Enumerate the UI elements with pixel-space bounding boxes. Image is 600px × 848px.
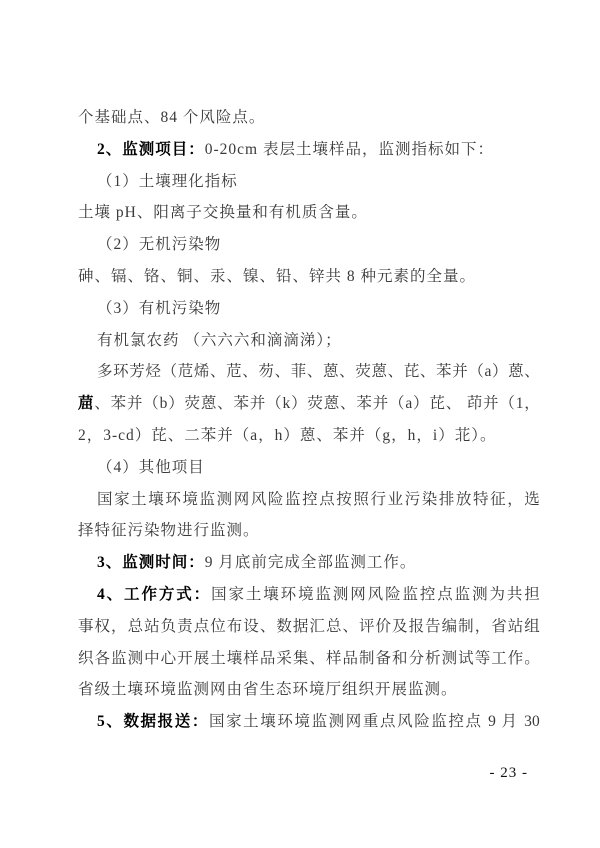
text-line: 砷、镉、铬、铜、汞、镍、铅、锌共 8 种元素的全量。 [78,261,540,293]
text-segment: （3）有机污染物 [97,300,221,317]
text-segment: 3、监测时间： [97,554,205,571]
text-line: 省级土壤环境监测网由省生态环境厅组织开展监测。 [78,674,540,706]
text-line: 3、监测时间：9 月底前完成全部监测工作。 [78,547,540,579]
text-line: 有机氯农药 （六六六和滴滴涕）； [78,325,540,357]
text-segment: （1）土壤理化指标 [97,173,238,190]
text-line: （4）其他项目 [78,452,540,484]
text-segment: 国家土壤环境监测网风险监控点按照行业污染排放特征，选 [97,491,540,508]
text-line: 事权，总站负责点位布设、数据汇总、评价及报告编制，省站组 [78,611,540,643]
text-line: （2）无机污染物 [78,229,540,261]
page-number: - 23 - [490,765,529,782]
text-line: 䓛、苯并（b）荧蒽、苯并（k）荧蒽、苯并（a）芘、 茚并（1， [78,388,540,420]
text-line: 土壤 pH、阳离子交换量和有机质含量。 [78,197,540,229]
text-line: 4、工作方式：国家土壤环境监测网风险监控点监测为共担 [78,579,540,611]
text-line: 多环芳烃（苊烯、苊、芴、菲、蒽、荧蒽、芘、苯并（a）蒽、 [78,356,540,388]
text-line: （3）有机污染物 [78,293,540,325]
text-line: 织各监测中心开展土壤样品采集、样品制备和分析测试等工作。 [78,643,540,675]
text-segment: 多环芳烃（苊烯、苊、芴、菲、蒽、荧蒽、芘、苯并（a）蒽、 [97,363,540,380]
text-segment: （4）其他项目 [97,459,205,476]
text-segment: （2）无机污染物 [97,236,221,253]
text-segment: 5、数据报送： [97,713,209,730]
text-segment: 9 月底前完成全部监测工作。 [205,554,417,571]
text-line: 2、监测项目：0-20cm 表层土壤样品，监测指标如下： [78,134,540,166]
text-segment: 有机氯农药 （六六六和滴滴涕）； [97,332,342,349]
text-segment: 事权，总站负责点位布设、数据汇总、评价及报告编制，省站组 [78,618,540,635]
text-segment: 0-20cm 表层土壤样品，监测指标如下： [205,141,494,158]
document-body: 个基础点、84 个风险点。2、监测项目：0-20cm 表层土壤样品，监测指标如下… [78,102,540,738]
document-page: 个基础点、84 个风险点。2、监测项目：0-20cm 表层土壤样品，监测指标如下… [0,0,600,848]
text-segment: 4、工作方式： [97,586,211,603]
text-line: 个基础点、84 个风险点。 [78,102,540,134]
text-segment: 、苯并（b）荧蒽、苯并（k）荧蒽、苯并（a）芘、 茚并（1， [94,395,540,412]
text-line: 2，3-cd）芘、二苯并（a，h）蒽、苯并（g，h，i）苝）。 [78,420,540,452]
text-segment: 国家土壤环境监测网重点风险监控点 9 月 30 [209,713,540,730]
text-line: 择特征污染物进行监测。 [78,515,540,547]
text-segment: 砷、镉、铬、铜、汞、镍、铅、锌共 8 种元素的全量。 [78,268,476,285]
text-segment: 织各监测中心开展土壤样品采集、样品制备和分析测试等工作。 [78,650,540,667]
text-segment: 䓛 [78,395,94,412]
text-segment: 2，3-cd）芘、二苯并（a，h）蒽、苯并（g，h，i）苝）。 [78,427,496,444]
text-segment: 省级土壤环境监测网由省生态环境厅组织开展监测。 [78,681,458,698]
text-segment: 个基础点、84 个风险点。 [78,109,265,126]
text-line: 5、数据报送：国家土壤环境监测网重点风险监控点 9 月 30 [78,706,540,738]
text-segment: 土壤 pH、阳离子交换量和有机质含量。 [78,204,368,221]
text-segment: 国家土壤环境监测网风险监控点监测为共担 [211,586,540,603]
text-segment: 择特征污染物进行监测。 [78,522,260,539]
text-line: 国家土壤环境监测网风险监控点按照行业污染排放特征，选 [78,484,540,516]
text-line: （1）土壤理化指标 [78,166,540,198]
text-segment: 2、监测项目： [97,141,205,158]
